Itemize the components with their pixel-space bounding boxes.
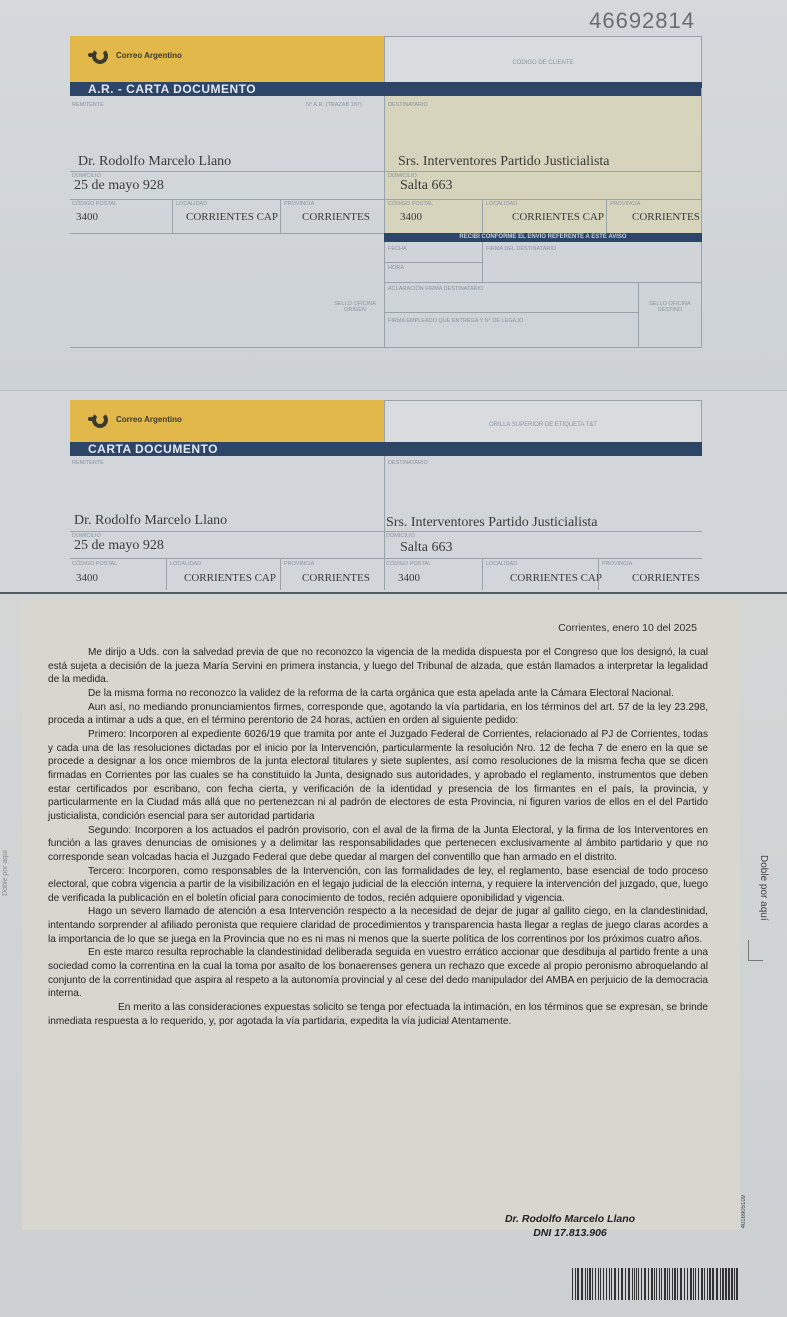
form-title: A.R. - CARTA DOCUMENTO	[88, 82, 256, 96]
paragraph: Aun así, no mediando pronunciamientos fi…	[48, 701, 708, 728]
recipient-locality-label: Localidad	[486, 201, 517, 207]
label-box-text: Orilla superior de etiqueta T&T	[489, 422, 597, 428]
paragraph: Tercero: Incorporen, como responsables d…	[48, 865, 708, 906]
paragraph: Segundo: Incorporen a los actuados el pa…	[48, 824, 708, 865]
correo-argentino-logo-icon	[88, 412, 110, 428]
recipient-locality-label: Localidad	[486, 561, 517, 567]
sender-locality: CORRIENTES CAP	[186, 211, 278, 223]
client-code-label: Código de cliente	[512, 60, 573, 66]
form-title-bar: CARTA DOCUMENTO	[70, 442, 702, 456]
paragraph: Primero: Incorporen al expediente 6026/1…	[48, 728, 708, 824]
sender-postal-label: Código postal	[72, 561, 117, 567]
carta-documento-form: Correo Argentino Orilla superior de etiq…	[70, 400, 702, 590]
logo-wordmark: Correo Argentino	[116, 52, 182, 60]
recipient-locality: CORRIENTES CAP	[512, 211, 604, 223]
receipt-banner: Recibí conforme el envío referente a est…	[384, 233, 702, 242]
sender-name: Dr. Rodolfo Marcelo Llano	[74, 513, 227, 529]
recipient-address: Salta 663	[400, 540, 453, 556]
form-title: CARTA DOCUMENTO	[88, 442, 218, 456]
barcode	[572, 1268, 740, 1300]
paragraph: En merito a las consideraciones expuesta…	[48, 1001, 708, 1028]
correo-argentino-logo: Correo Argentino	[88, 48, 182, 64]
recipient-address: Salta 663	[400, 178, 453, 194]
paragraph: En este marco resulta reprochable la cla…	[48, 946, 708, 1001]
side-code: 4016905109	[741, 1195, 747, 1228]
sender-address: 25 de mayo 928	[74, 178, 164, 194]
paragraph: Hago un severo llamado de atención a esa…	[48, 905, 708, 946]
sender-province: CORRIENTES	[302, 211, 370, 223]
recipient-province-label: Provincia	[602, 561, 632, 567]
signature-dni: DNI 17.813.906	[470, 1226, 670, 1240]
recipient-postal-label: Código postal	[386, 561, 431, 567]
sender-locality-label: Localidad	[176, 201, 207, 207]
sender-province: CORRIENTES	[302, 572, 370, 584]
paragraph: Me dirijo a Uds. con la salvedad previa …	[48, 646, 708, 687]
signature-block: Dr. Rodolfo Marcelo Llano DNI 17.813.906	[470, 1212, 670, 1240]
letter-date: Corrientes, enero 10 del 2025	[558, 622, 697, 634]
signature-name: Dr. Rodolfo Marcelo Llano	[470, 1212, 670, 1226]
recipient-address-label: Domicilio	[386, 533, 415, 539]
recipient-province: CORRIENTES	[632, 572, 700, 584]
receipt-date-label: Fecha	[388, 246, 407, 252]
recipient-locality: CORRIENTES CAP	[510, 572, 602, 584]
sender-locality: CORRIENTES CAP	[184, 572, 276, 584]
office-stamp-sender: Sello oficina origen	[330, 301, 380, 313]
sender-label: Remitente	[72, 460, 104, 466]
sender-postal-label: Código postal	[72, 201, 117, 207]
sender-postal-code: 3400	[76, 572, 98, 584]
fold-instruction: Doble por aquí	[758, 855, 769, 921]
recipient-name: Srs. Interventores Partido Justicialista	[386, 515, 598, 531]
recipient-label: Destinatario	[388, 460, 428, 466]
form-title-bar: A.R. - CARTA DOCUMENTO	[70, 82, 702, 96]
recipient-postal-label: Código postal	[388, 201, 433, 207]
sender-locality-label: Localidad	[170, 561, 201, 567]
recipient-province-label: Provincia	[610, 201, 640, 207]
ar-number-label: N° A.R. (Trazab 187)	[306, 102, 362, 108]
logo-wordmark: Correo Argentino	[116, 416, 182, 424]
recipient-province: CORRIENTES	[632, 211, 700, 223]
recipient-label: Destinatario	[388, 102, 428, 108]
sender-address: 25 de mayo 928	[74, 538, 164, 554]
office-stamp-dest: Sello oficina destino	[644, 301, 696, 313]
sender-province-label: Provincia	[284, 201, 314, 207]
brand-header: Correo Argentino	[70, 400, 384, 442]
clarification-label: Aclaración firma destinatario	[388, 286, 483, 292]
correo-argentino-logo-icon	[88, 48, 110, 64]
letter-body: Me dirijo a Uds. con la salvedad previa …	[48, 646, 708, 1028]
recipient-signature-label: Firma del destinatario	[486, 246, 556, 252]
sender-label: Remitente	[72, 102, 104, 108]
sender-province-label: Provincia	[284, 561, 314, 567]
ar-carta-documento-form: Correo Argentino Código de cliente A.R. …	[70, 36, 702, 348]
serial-number: 46692814	[589, 8, 695, 34]
paragraph: De la misma forma no reconozco la valide…	[48, 687, 708, 701]
employee-signature-label: Firma empleado que entrega y N° de legaj…	[388, 318, 523, 324]
receipt-time-label: Hora	[388, 265, 404, 271]
sender-name: Dr. Rodolfo Marcelo Llano	[78, 154, 231, 170]
recipient-postal-code: 3400	[400, 211, 422, 223]
fold-mark	[748, 940, 763, 961]
correo-argentino-logo: Correo Argentino	[88, 412, 182, 428]
recipient-name: Srs. Interventores Partido Justicialista	[398, 154, 610, 170]
left-fold-instruction: Doble por aquí	[2, 850, 9, 896]
sender-postal-code: 3400	[76, 211, 98, 223]
recipient-postal-code: 3400	[398, 572, 420, 584]
brand-header: Correo Argentino	[70, 36, 384, 82]
